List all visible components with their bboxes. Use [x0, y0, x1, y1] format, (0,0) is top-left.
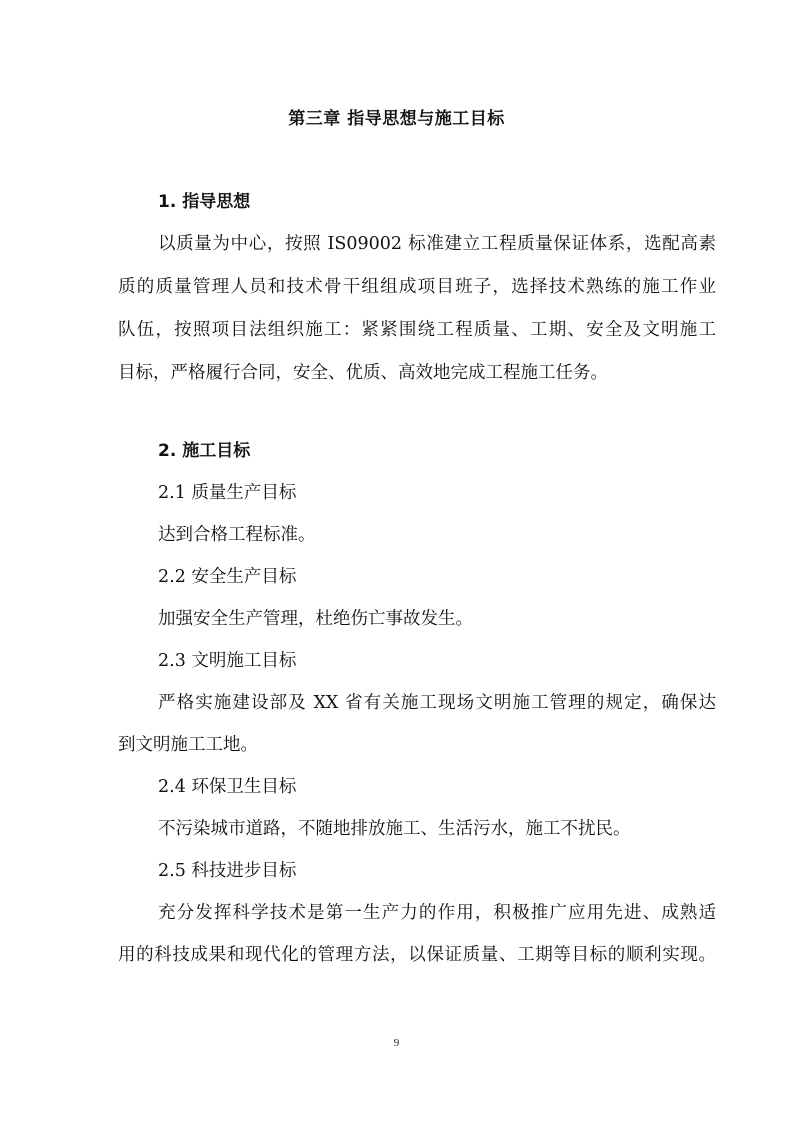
section-heading-construction-goals: 2. 施工目标 — [158, 439, 250, 463]
subsection-text: 达到合格工程标准。 — [158, 523, 316, 547]
subsection-title: 2.1 质量生产目标 — [158, 481, 296, 505]
subsection-text: 严格实施建设部及 XX 省有关施工现场文明施工管理的规定，确保达 — [158, 691, 716, 715]
chapter-title: 第三章 指导思想与施工目标 — [0, 104, 793, 129]
paragraph-line: 目标，严格履行合同，安全、优质、高效地完成工程施工任务。 — [118, 361, 608, 385]
document-page: 第三章 指导思想与施工目标 1. 指导思想 以质量为中心，按照 IS09002 … — [0, 0, 793, 1122]
section-heading-guiding-ideology: 1. 指导思想 — [158, 190, 250, 214]
subsection-text: 到文明施工工地。 — [118, 733, 258, 757]
subsection-text: 充分发挥科学技术是第一生产力的作用，积极推广应用先进、成熟适 — [158, 901, 716, 925]
subsection-title: 2.5 科技进步目标 — [158, 859, 296, 883]
paragraph-line: 质的质量管理人员和技术骨干组组成项目班子，选择技术熟练的施工作业 — [118, 275, 716, 299]
page-number: 9 — [0, 1037, 793, 1049]
paragraph-line: 队伍，按照项目法组织施工：紧紧围绕工程质量、工期、安全及文明施工 — [118, 318, 716, 342]
subsection-title: 2.4 环保卫生目标 — [158, 775, 296, 799]
subsection-text: 加强安全生产管理，杜绝伤亡事故发生。 — [158, 607, 473, 631]
paragraph-line: 以质量为中心，按照 IS09002 标准建立工程质量保证体系，选配高素 — [158, 232, 716, 256]
subsection-title: 2.3 文明施工目标 — [158, 649, 296, 673]
subsection-title: 2.2 安全生产目标 — [158, 565, 296, 589]
subsection-text: 用的科技成果和现代化的管理方法，以保证质量、工期等目标的顺利实现。 — [118, 943, 716, 967]
subsection-text: 不污染城市道路，不随地排放施工、生活污水，施工不扰民。 — [158, 817, 631, 841]
